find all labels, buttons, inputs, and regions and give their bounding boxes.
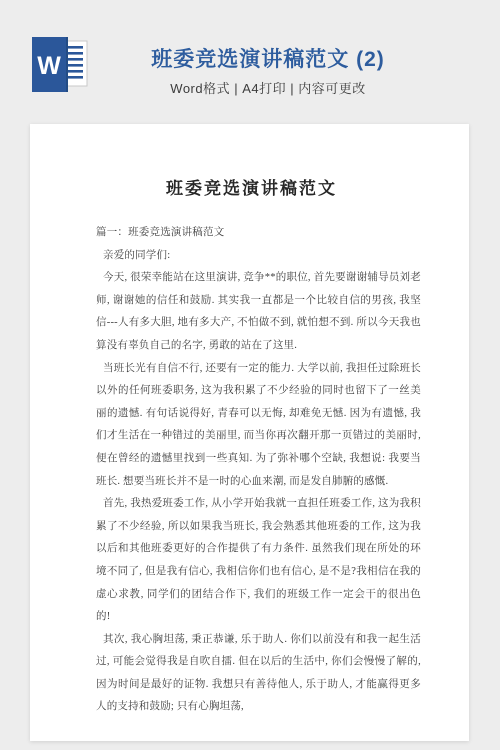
document-body: 篇一：班委竞选演讲稿范文亲爱的同学们:今天, 很荣幸能站在这里演讲, 竞争**的… — [96, 222, 421, 719]
paragraph: 篇一：班委竞选演讲稿范文 — [96, 222, 421, 245]
document-page: 班委竞选演讲稿范文 篇一：班委竞选演讲稿范文亲爱的同学们:今天, 很荣幸能站在这… — [30, 124, 469, 741]
paragraph: 今天, 很荣幸能站在这里演讲, 竞争**的职位, 首先要谢谢辅导员刘老师, 谢谢… — [96, 267, 421, 357]
paragraph: 其次, 我心胸坦荡, 秉正恭谦, 乐于助人. 你们以前没有和我一起生活过, 可能… — [96, 629, 421, 719]
document-title: 班委竞选演讲稿范文 — [96, 176, 407, 202]
template-title: 班委竞选演讲稿范文 (2) — [36, 47, 500, 73]
paragraph: 首先, 我热爱班委工作, 从小学开始我就一直担任班委工作, 这为我积累了不少经验… — [96, 493, 421, 629]
template-header: W 班委竞选演讲稿范文 (2) Word格式 | A4打印 | 内容可更改 — [0, 0, 500, 124]
paragraph: 亲爱的同学们: — [96, 245, 421, 268]
paragraph: 当班长光有自信不行, 还要有一定的能力. 大学以前, 我担任过除班长以外的任何班… — [96, 358, 421, 494]
header-text-block: 班委竞选演讲稿范文 (2) Word格式 | A4打印 | 内容可更改 — [0, 0, 500, 97]
template-subtitle: Word格式 | A4打印 | 内容可更改 — [36, 78, 500, 97]
document-content: 班委竞选演讲稿范文 篇一：班委竞选演讲稿范文亲爱的同学们:今天, 很荣幸能站在这… — [30, 124, 469, 719]
